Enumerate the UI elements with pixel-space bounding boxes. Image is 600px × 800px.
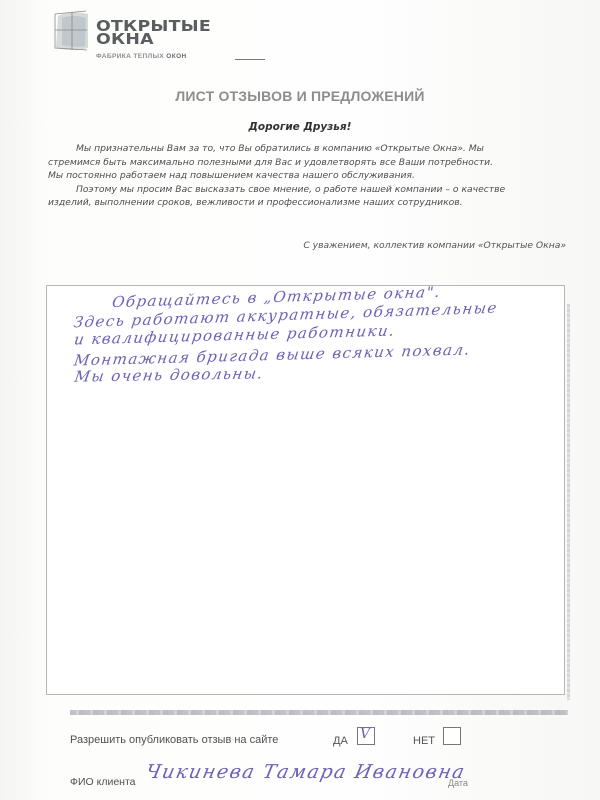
logo-subtitle-bold: ОКОН [166, 53, 186, 60]
client-name-field[interactable]: Чикинева Тамара Ивановна [144, 761, 468, 783]
logo-subtitle: ФАБРИКА ТЕПЛЫХ ОКОН [96, 53, 187, 60]
publish-permission-label: Разрешить опубликовать отзыв на сайте [70, 734, 278, 746]
intro-line: стремимся быть максимально полезными для… [48, 156, 568, 170]
intro-line: Мы признательны Вам за то, что Вы обрати… [48, 142, 568, 156]
yes-label: ДА [333, 735, 348, 747]
no-checkbox[interactable] [443, 727, 461, 745]
window-icon [52, 8, 92, 52]
scan-artifact [70, 710, 568, 715]
logo-subtitle-light: ФАБРИКА ТЕПЛЫХ [96, 53, 166, 60]
intro-text: Мы признательны Вам за то, что Вы обрати… [48, 142, 568, 210]
review-line: Мы очень довольны. [73, 364, 265, 385]
yes-checkbox[interactable]: V [357, 727, 375, 745]
feedback-sheet: ОТКРЫТЫЕ ОКНА ФАБРИКА ТЕПЛЫХ ОКОН ЛИСТ О… [0, 0, 600, 800]
logo-divider [235, 59, 265, 60]
intro-line: Мы постоянно работаем над повышением кач… [48, 169, 568, 183]
intro-line: Поэтому мы просим Вас высказать свое мне… [48, 183, 568, 197]
greeting: Дорогие Друзья! [0, 121, 600, 133]
signoff: С уважением, коллектив компании «Открыты… [303, 240, 566, 251]
company-logo: ОТКРЫТЫЕ ОКНА ФАБРИКА ТЕПЛЫХ ОКОН [50, 6, 270, 62]
no-label: НЕТ [413, 735, 435, 747]
intro-line: изделий, выполнении сроков, вежливости и… [48, 196, 568, 210]
review-text-area[interactable]: Обращайтесь в „Открытые окна". Здесь раб… [46, 285, 565, 695]
date-label: Дата [448, 778, 468, 788]
check-mark-icon: V [360, 726, 370, 742]
page-title: ЛИСТ ОТЗЫВОВ И ПРЕДЛОЖЕНИЙ [0, 88, 600, 104]
client-name-label: ФИО клиента [70, 776, 136, 788]
logo-title: ОТКРЫТЫЕ ОКНА [96, 20, 211, 46]
